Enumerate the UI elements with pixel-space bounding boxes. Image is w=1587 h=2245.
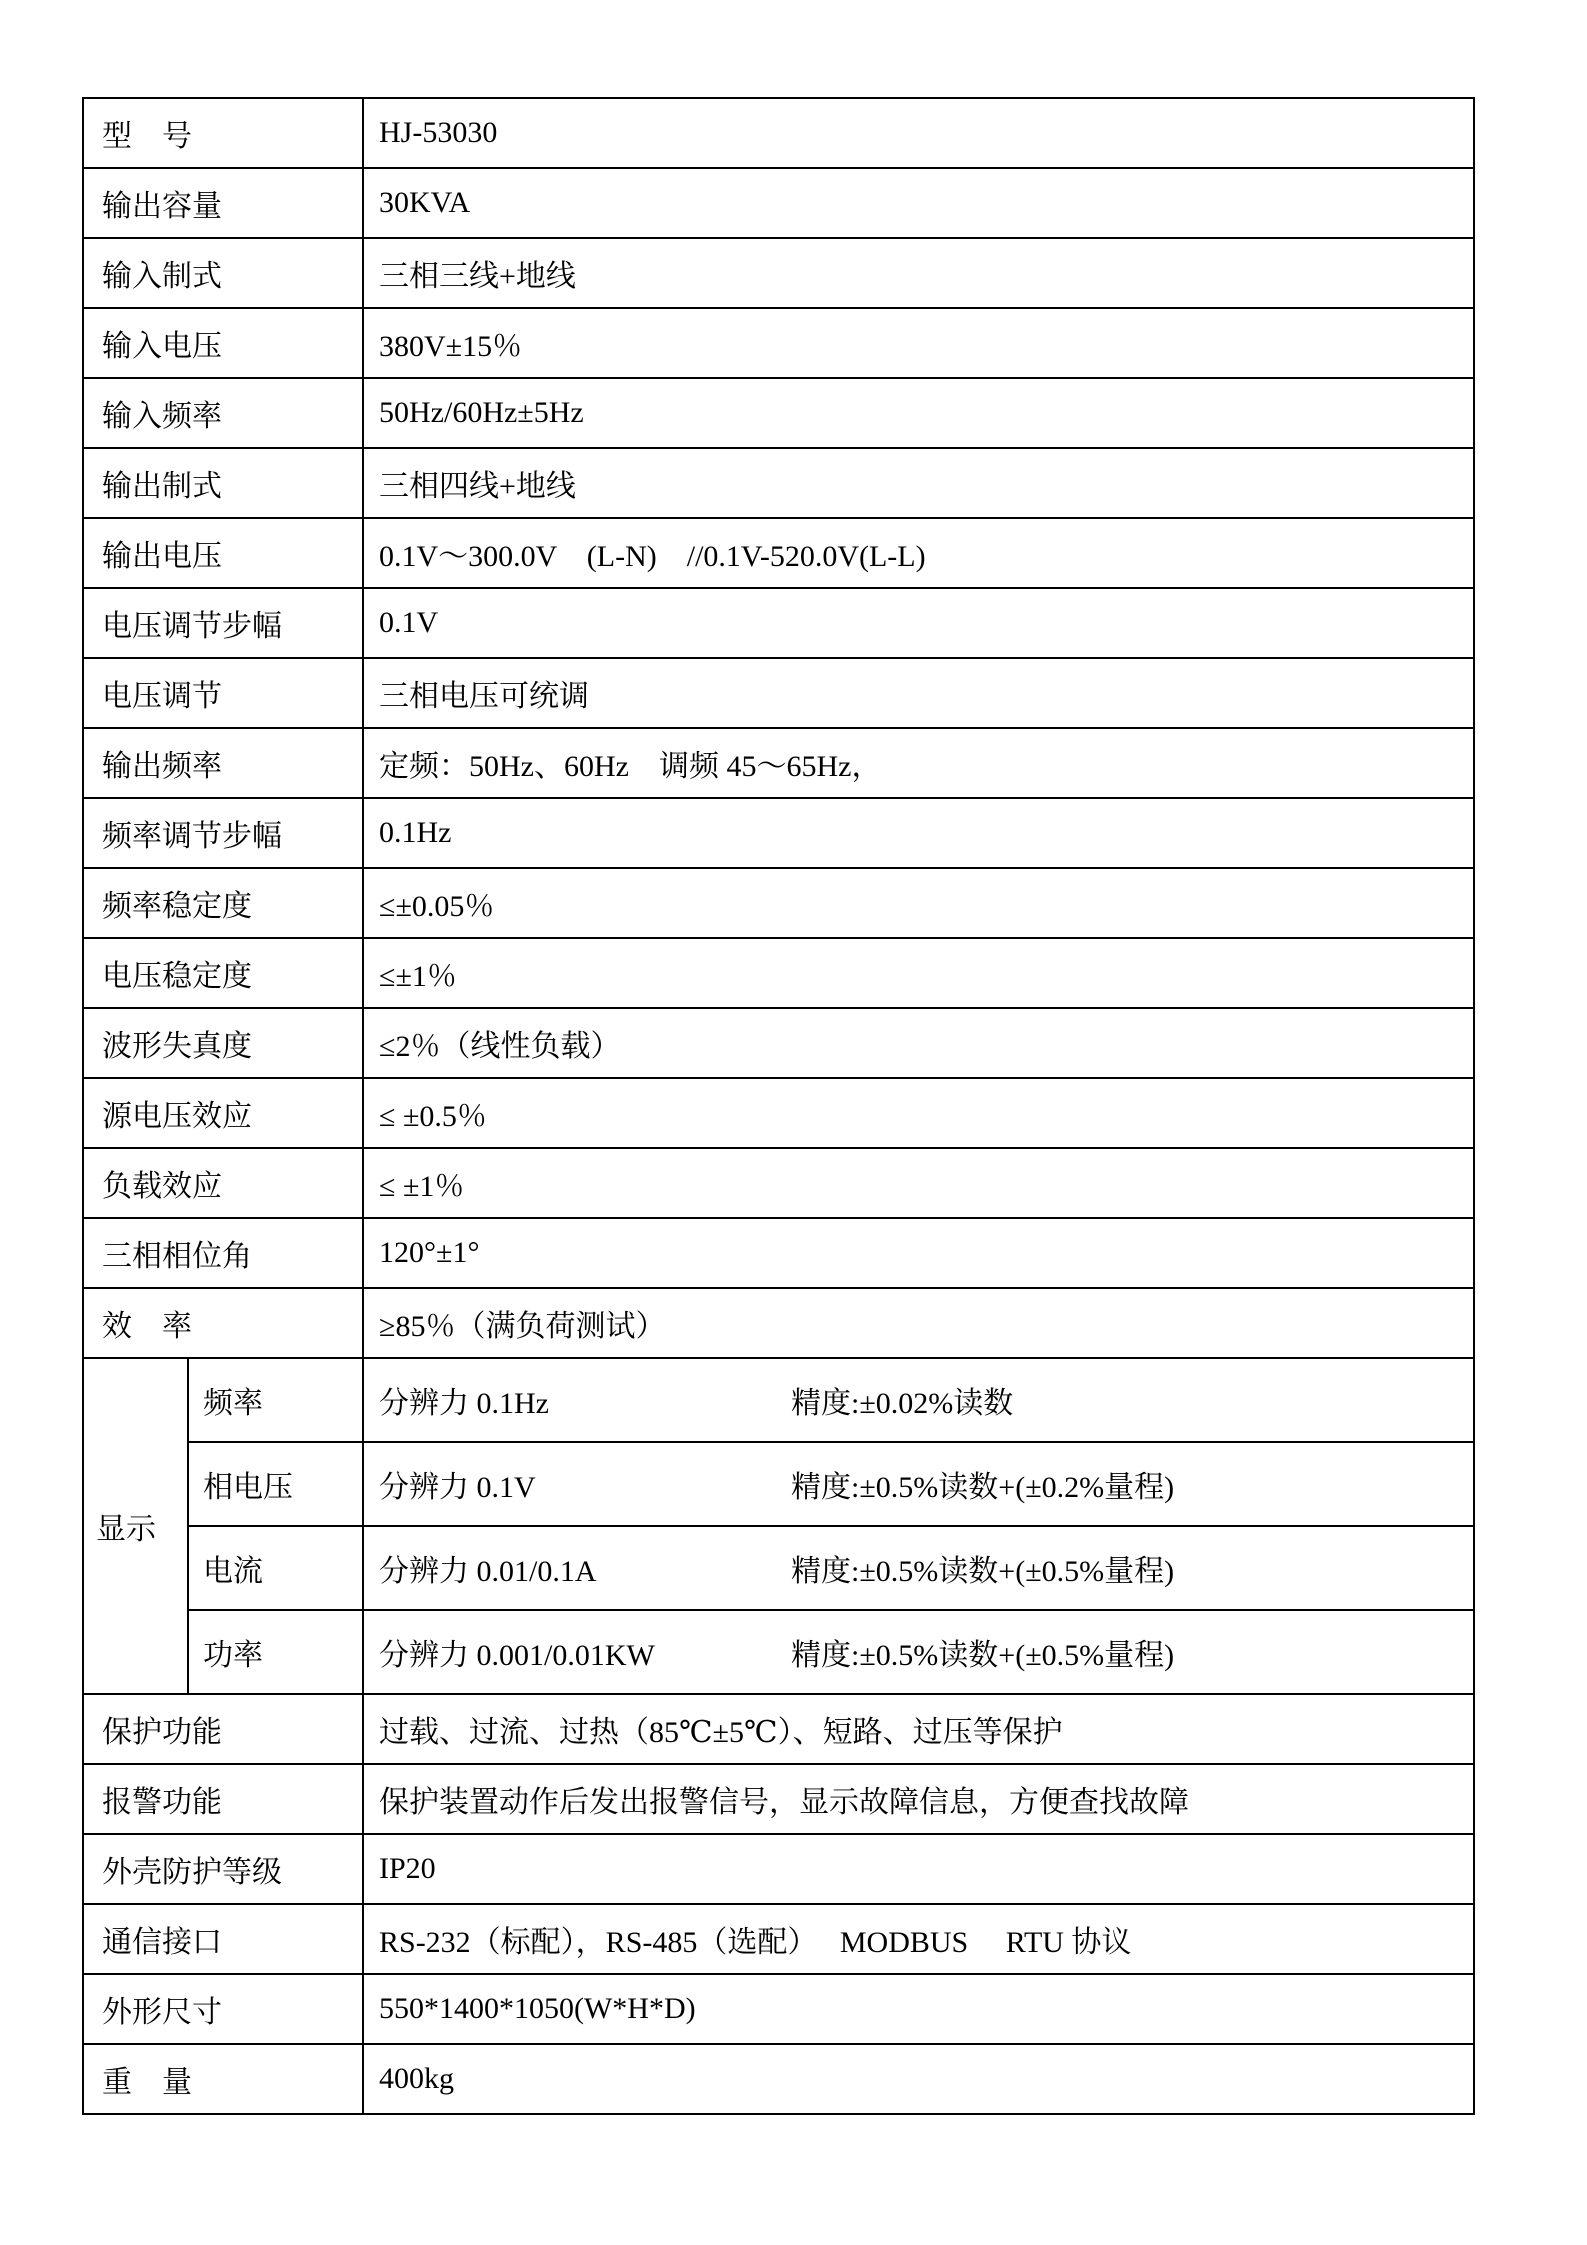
table-row: 三相相位角 120°±1° (83, 1218, 1474, 1288)
table-row: 输入电压 380V±15％ (83, 308, 1474, 378)
spec-label: 电压调节步幅 (83, 588, 363, 658)
table-row: 电压稳定度 ≤±1％ (83, 938, 1474, 1008)
table-row: 报警功能 保护装置动作后发出报警信号，显示故障信息，方便查找故障 (83, 1764, 1474, 1834)
table-row: 电流 分辨力 0.01/0.1A精度:±0.5%读数+(±0.5%量程) (83, 1526, 1474, 1610)
spec-label: 外壳防护等级 (83, 1834, 363, 1904)
spec-value: 0.1V (363, 588, 1474, 658)
spec-value: ≥85％（满负荷测试） (363, 1288, 1474, 1358)
spec-label: 输入电压 (83, 308, 363, 378)
spec-label: 输入频率 (83, 378, 363, 448)
table-row: 频率调节步幅 0.1Hz (83, 798, 1474, 868)
spec-value: ≤ ±0.5％ (363, 1078, 1474, 1148)
spec-label: 频率稳定度 (83, 868, 363, 938)
spec-label: 负载效应 (83, 1148, 363, 1218)
accuracy-text: 精度:±0.5%读数+(±0.5%量程) (791, 1546, 1174, 1590)
spec-value: 分辨力 0.01/0.1A精度:±0.5%读数+(±0.5%量程) (363, 1526, 1474, 1610)
spec-value: 0.1V～300.0V (L-N) //0.1V-520.0V(L-L) (363, 518, 1474, 588)
resolution-text: 分辨力 0.1Hz (379, 1378, 791, 1422)
table-row: 输入制式 三相三线+地线 (83, 238, 1474, 308)
spec-sublabel: 电流 (188, 1526, 363, 1610)
spec-value: 三相四线+地线 (363, 448, 1474, 518)
spec-value: 400kg (363, 2044, 1474, 2114)
table-row: 效 率 ≥85％（满负荷测试） (83, 1288, 1474, 1358)
table-row: 输出电压 0.1V～300.0V (L-N) //0.1V-520.0V(L-L… (83, 518, 1474, 588)
table-row: 重 量 400kg (83, 2044, 1474, 2114)
spec-value: 定频：50Hz、60Hz 调频 45～65Hz， (363, 728, 1474, 798)
spec-label: 输出容量 (83, 168, 363, 238)
spec-table: 型 号 HJ-53030 输出容量 30KVA 输入制式 三相三线+地线 输入电… (82, 97, 1475, 2115)
spec-value: 120°±1° (363, 1218, 1474, 1288)
table-row: 型 号 HJ-53030 (83, 98, 1474, 168)
spec-value: 50Hz/60Hz±5Hz (363, 378, 1474, 448)
spec-value: 0.1Hz (363, 798, 1474, 868)
table-row: 保护功能 过载、过流、过热（85℃±5℃）、短路、过压等保护 (83, 1694, 1474, 1764)
spec-value: ≤±0.05％ (363, 868, 1474, 938)
spec-value: 550*1400*1050(W*H*D) (363, 1974, 1474, 2044)
spec-label: 频率调节步幅 (83, 798, 363, 868)
spec-value: 过载、过流、过热（85℃±5℃）、短路、过压等保护 (363, 1694, 1474, 1764)
spec-label: 型 号 (83, 98, 363, 168)
table-row: 输出容量 30KVA (83, 168, 1474, 238)
spec-value: 380V±15％ (363, 308, 1474, 378)
spec-label: 电压稳定度 (83, 938, 363, 1008)
spec-label: 电压调节 (83, 658, 363, 728)
spec-value: 分辨力 0.001/0.01KW精度:±0.5%读数+(±0.5%量程) (363, 1610, 1474, 1694)
spec-label: 重 量 (83, 2044, 363, 2114)
spec-value: 三相三线+地线 (363, 238, 1474, 308)
table-row: 功率 分辨力 0.001/0.01KW精度:±0.5%读数+(±0.5%量程) (83, 1610, 1474, 1694)
accuracy-text: 精度:±0.5%读数+(±0.2%量程) (791, 1462, 1174, 1506)
table-row: 负载效应 ≤ ±1％ (83, 1148, 1474, 1218)
spec-label: 波形失真度 (83, 1008, 363, 1078)
table-row: 波形失真度 ≤2％（线性负载） (83, 1008, 1474, 1078)
spec-value: HJ-53030 (363, 98, 1474, 168)
table-row: 源电压效应 ≤ ±0.5％ (83, 1078, 1474, 1148)
spec-label: 输入制式 (83, 238, 363, 308)
table-row: 频率稳定度 ≤±0.05％ (83, 868, 1474, 938)
spec-label: 保护功能 (83, 1694, 363, 1764)
spec-value: 30KVA (363, 168, 1474, 238)
spec-value: ≤±1％ (363, 938, 1474, 1008)
table-row: 输出制式 三相四线+地线 (83, 448, 1474, 518)
table-row: 外形尺寸 550*1400*1050(W*H*D) (83, 1974, 1474, 2044)
table-row: 外壳防护等级 IP20 (83, 1834, 1474, 1904)
accuracy-text: 精度:±0.5%读数+(±0.5%量程) (791, 1630, 1174, 1674)
spec-value: ≤ ±1％ (363, 1148, 1474, 1218)
spec-label: 源电压效应 (83, 1078, 363, 1148)
table-row: 输入频率 50Hz/60Hz±5Hz (83, 378, 1474, 448)
table-row: 电压调节步幅 0.1V (83, 588, 1474, 658)
table-row: 通信接口 RS-232（标配），RS-485（选配） MODBUS RTU 协议 (83, 1904, 1474, 1974)
spec-value: ≤2％（线性负载） (363, 1008, 1474, 1078)
accuracy-text: 精度:±0.02%读数 (791, 1378, 1013, 1422)
spec-sublabel: 功率 (188, 1610, 363, 1694)
table-row: 相电压 分辨力 0.1V精度:±0.5%读数+(±0.2%量程) (83, 1442, 1474, 1526)
document-page: 型 号 HJ-53030 输出容量 30KVA 输入制式 三相三线+地线 输入电… (0, 0, 1587, 2245)
resolution-text: 分辨力 0.01/0.1A (379, 1546, 791, 1590)
table-row: 显示 频率 分辨力 0.1Hz精度:±0.02%读数 (83, 1358, 1474, 1442)
spec-value: 分辨力 0.1V精度:±0.5%读数+(±0.2%量程) (363, 1442, 1474, 1526)
spec-label-display-group: 显示 (83, 1358, 188, 1694)
resolution-text: 分辨力 0.001/0.01KW (379, 1630, 791, 1674)
resolution-text: 分辨力 0.1V (379, 1462, 791, 1506)
spec-label: 效 率 (83, 1288, 363, 1358)
spec-value: 三相电压可统调 (363, 658, 1474, 728)
spec-sublabel: 频率 (188, 1358, 363, 1442)
table-row: 电压调节 三相电压可统调 (83, 658, 1474, 728)
spec-label: 输出频率 (83, 728, 363, 798)
spec-label: 通信接口 (83, 1904, 363, 1974)
spec-label: 三相相位角 (83, 1218, 363, 1288)
table-row: 输出频率 定频：50Hz、60Hz 调频 45～65Hz， (83, 728, 1474, 798)
spec-label: 外形尺寸 (83, 1974, 363, 2044)
spec-value: IP20 (363, 1834, 1474, 1904)
spec-value: 保护装置动作后发出报警信号，显示故障信息，方便查找故障 (363, 1764, 1474, 1834)
spec-value: 分辨力 0.1Hz精度:±0.02%读数 (363, 1358, 1474, 1442)
spec-label: 输出制式 (83, 448, 363, 518)
spec-sublabel: 相电压 (188, 1442, 363, 1526)
spec-label: 报警功能 (83, 1764, 363, 1834)
spec-label: 输出电压 (83, 518, 363, 588)
spec-value: RS-232（标配），RS-485（选配） MODBUS RTU 协议 (363, 1904, 1474, 1974)
